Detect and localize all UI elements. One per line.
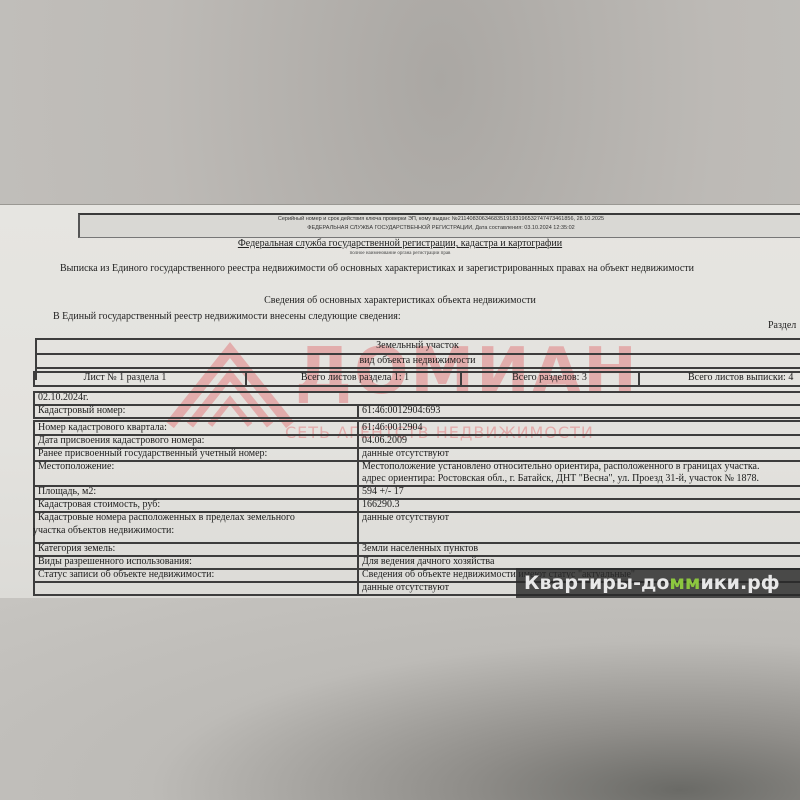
- row-label-cont: участка объектов недвижимости:: [33, 525, 174, 537]
- cadastral-number-label: Кадастровый номер:: [38, 405, 125, 417]
- site-name-part2: ики.рф: [700, 572, 779, 594]
- row-border: [357, 556, 359, 568]
- row-label: Ранее присвоенный государственный учетны…: [38, 448, 267, 460]
- row-label: Категория земель:: [38, 543, 115, 555]
- row-border: [33, 556, 35, 568]
- site-name-part1: Квартиры-до: [524, 572, 669, 594]
- row-label: Кадастровые номера расположенных в преде…: [38, 512, 295, 524]
- document-subtitle: Сведения об основных характеристиках объ…: [0, 295, 800, 306]
- blurred-background: [0, 598, 800, 800]
- site-watermark-banner: Квартиры-доммики.рф: [516, 568, 800, 598]
- row-label: Виды разрешенного использования:: [38, 556, 192, 568]
- row-value: данные отсутствуют: [362, 448, 449, 460]
- signature-line: Серийный номер и срок действия ключа про…: [80, 215, 800, 224]
- row-border: [357, 448, 359, 460]
- extract-date: 02.10.2024г.: [38, 392, 88, 404]
- house-windows-icon: мм: [669, 572, 700, 594]
- section-label: Раздел: [768, 320, 796, 331]
- row-border: [357, 461, 359, 485]
- row-border: [357, 569, 359, 581]
- row-value: 166290.3: [362, 499, 400, 511]
- row-value: 594 +/- 17: [362, 486, 404, 498]
- row-border: [33, 569, 35, 581]
- row-border: [357, 512, 359, 542]
- cadastral-number-value: 61:46:0012904:693: [362, 405, 440, 417]
- row-divider: [33, 485, 800, 487]
- row-border: [33, 499, 35, 511]
- row-value: данные отсутствуют: [362, 512, 449, 524]
- sheet-number: Лист № 1 раздела 1: [35, 372, 215, 384]
- row-label: Местоположение:: [38, 461, 114, 473]
- signature-header: Серийный номер и срок действия ключа про…: [78, 213, 800, 238]
- row-value: данные отсутствуют: [362, 582, 449, 594]
- sheets-in-section: Всего листов раздела 1: 1: [250, 372, 460, 384]
- object-type: Земельный участок: [35, 340, 800, 352]
- row-border: [33, 486, 35, 498]
- row-value: Для ведения дачного хозяйства: [362, 556, 494, 568]
- row-border: [33, 582, 35, 594]
- row-label: Кадастровая стоимость, руб:: [38, 499, 160, 511]
- document-page: Серийный номер и срок действия ключа про…: [0, 205, 800, 598]
- row-border: [357, 486, 359, 498]
- watermark-tagline: СЕТЬ АГЕНТСТВ НЕДВИЖИМОСТИ: [285, 423, 594, 442]
- row-label: Статус записи об объекте недвижимости:: [38, 569, 214, 581]
- row-value-cont: адрес ориентира: Ростовская обл., г. Бат…: [362, 473, 759, 485]
- row-border: [33, 461, 35, 485]
- row-border: [357, 582, 359, 594]
- agency-name: Федеральная служба государственной регис…: [0, 238, 800, 249]
- registration-line: ФЕДЕРАЛЬНАЯ СЛУЖБА ГОСУДАРСТВЕННОЙ РЕГИС…: [80, 224, 800, 233]
- object-type-caption: вид объекта недвижимости: [35, 355, 800, 367]
- row-border: [357, 543, 359, 555]
- row-border: [33, 422, 35, 434]
- document-title: Выписка из Единого государственного реес…: [60, 263, 694, 274]
- row-label: Площадь, м2:: [38, 486, 96, 498]
- row-value: 61:46:0012904: [362, 422, 423, 434]
- row-border: [357, 499, 359, 511]
- row-label: Дата присвоения кадастрового номера:: [38, 435, 204, 447]
- row-value: Земли населенных пунктов: [362, 543, 478, 555]
- row-value: Местоположение установлено относительно …: [362, 461, 759, 473]
- sections-total: Всего разделов: 3: [462, 372, 637, 384]
- row-border: [357, 435, 359, 447]
- row-label: Номер кадастрового квартала:: [38, 422, 167, 434]
- row-border: [33, 448, 35, 460]
- row-border: [33, 543, 35, 555]
- row-value: 04.06.2009: [362, 435, 407, 447]
- row-border: [357, 422, 359, 434]
- agency-caption: полное наименование органа регистрации п…: [0, 251, 800, 256]
- sheets-total: Всего листов выписки: 4: [688, 372, 793, 384]
- row-border: [33, 435, 35, 447]
- intro-text: В Единый государственный реестр недвижим…: [53, 311, 401, 322]
